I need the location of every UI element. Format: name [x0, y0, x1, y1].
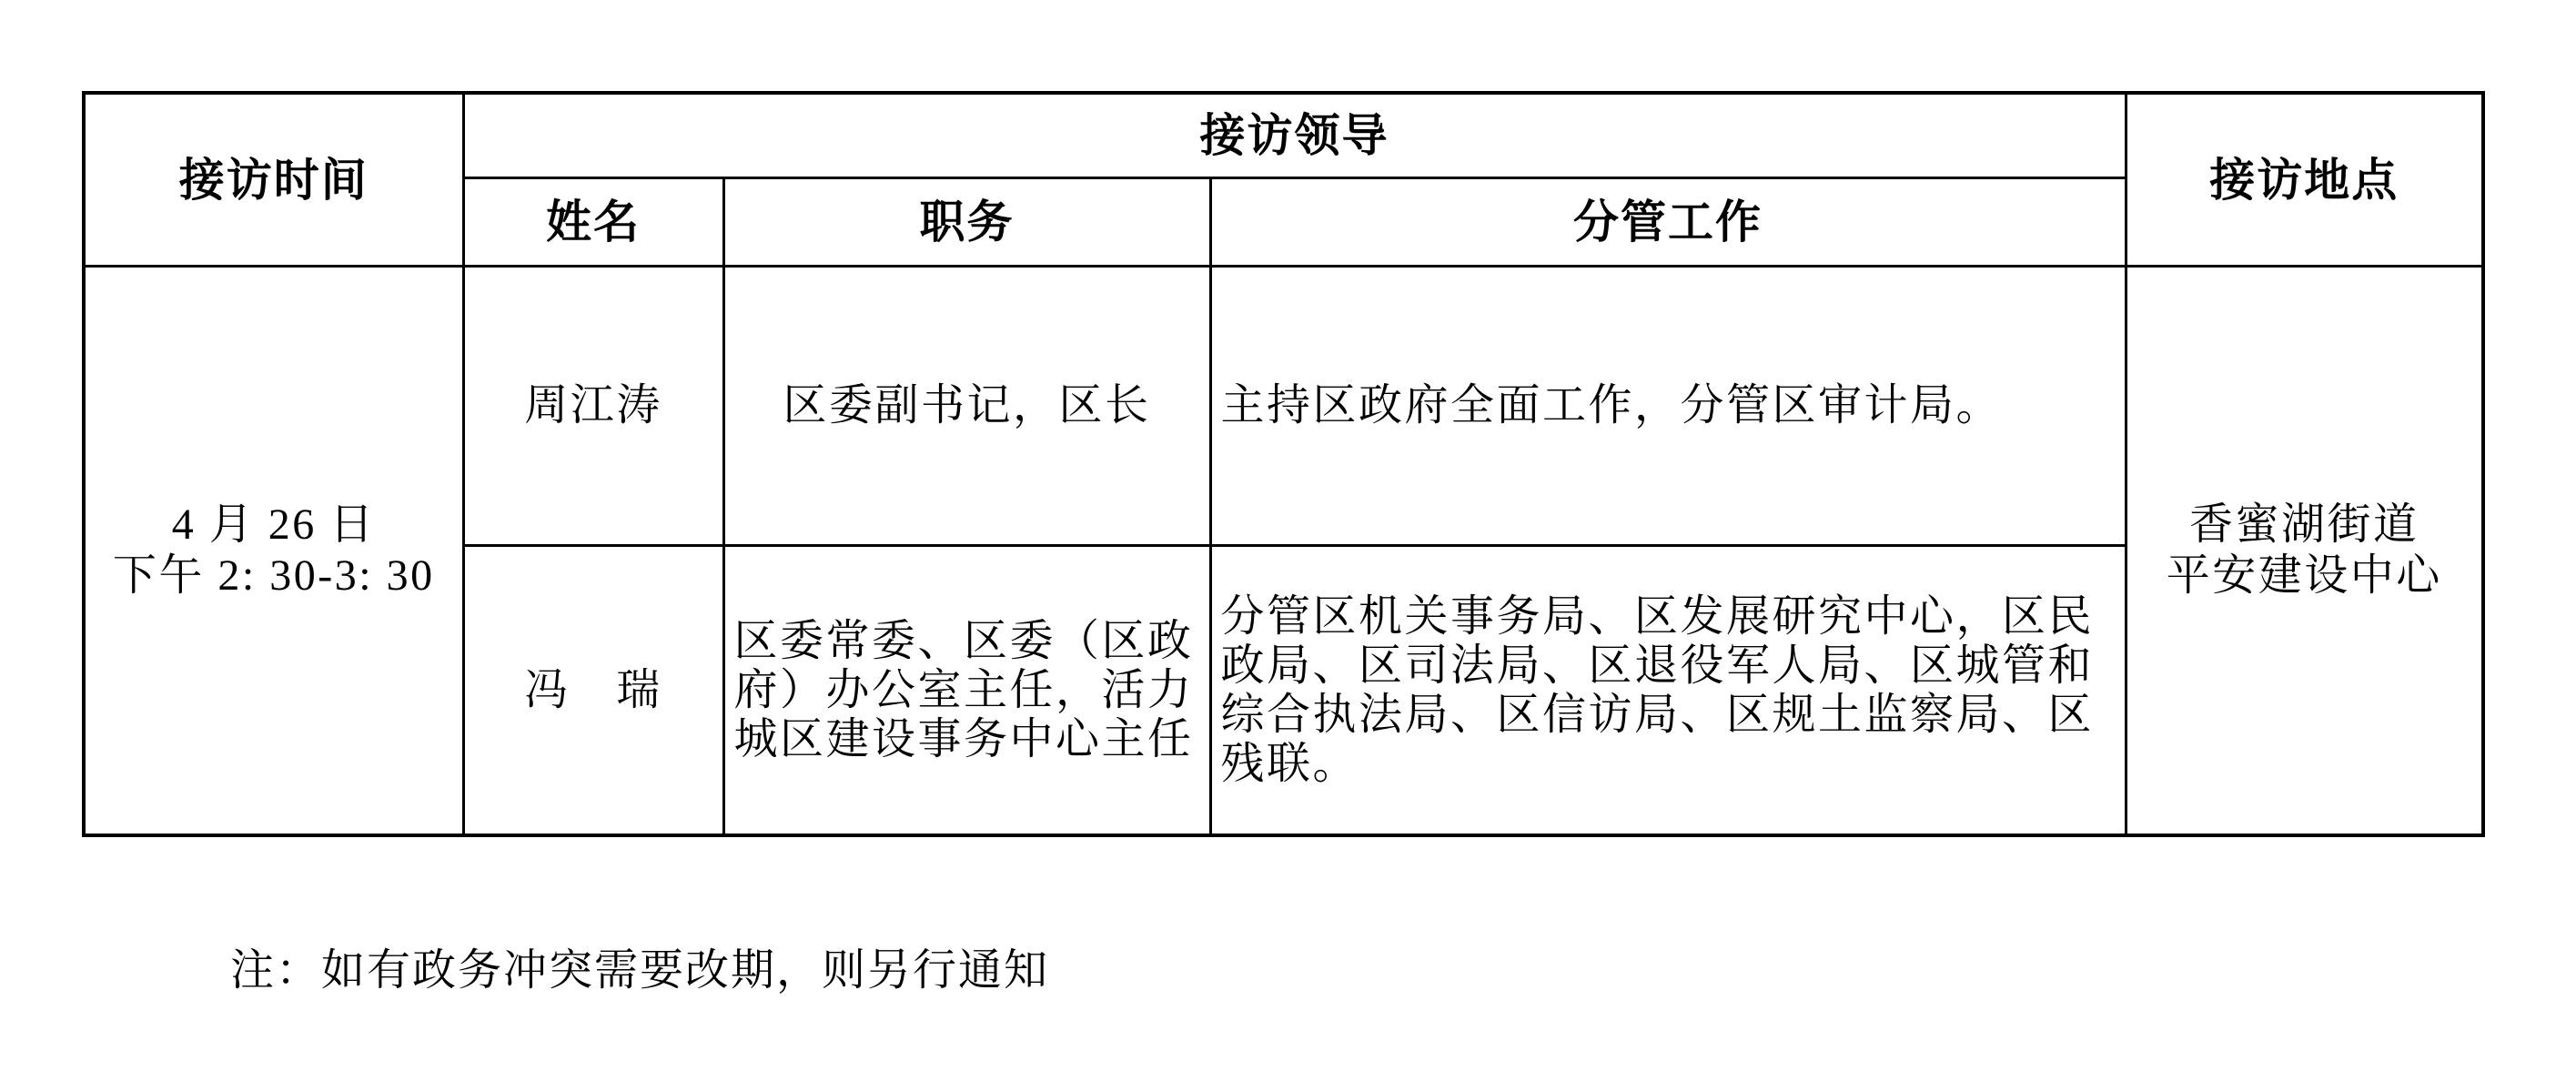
cell-reception-location: 香蜜湖街道 平安建设中心 — [2126, 267, 2483, 836]
header-name: 姓名 — [463, 178, 723, 267]
cell-leader2-duties: 分管区机关事务局、区发展研究中心，区民政局、区司法局、区退役军人局、区城管和综合… — [1210, 546, 2126, 836]
document-page: { "colors": { "ink": "#000000", "backgro… — [0, 0, 2576, 1071]
location-line2: 平安建设中心 — [2128, 551, 2481, 601]
cell-leader1-name: 周江涛 — [463, 267, 723, 546]
cell-leader2-name: 冯 瑞 — [463, 546, 723, 836]
reception-schedule-table: 接访时间 接访领导 接访地点 姓名 职务 分管工作 4 月 26 日 下午 2:… — [82, 91, 2485, 837]
header-reception-location: 接访地点 — [2126, 93, 2483, 267]
cell-reception-time: 4 月 26 日 下午 2: 30-3: 30 — [84, 267, 463, 836]
cell-leader2-position: 区委常委、区委（区政府）办公室主任，活力城区建设事务中心主任 — [723, 546, 1210, 836]
cell-leader1-position: 区委副书记，区长 — [723, 267, 1210, 546]
header-position: 职务 — [723, 178, 1210, 267]
header-reception-leaders: 接访领导 — [463, 93, 2126, 178]
header-row-1: 接访时间 接访领导 接访地点 — [84, 93, 2483, 178]
cell-leader1-duties: 主持区政府全面工作，分管区审计局。 — [1210, 267, 2126, 546]
header-reception-time: 接访时间 — [84, 93, 463, 267]
reception-date: 4 月 26 日 — [86, 500, 461, 551]
reception-hours: 下午 2: 30-3: 30 — [86, 551, 461, 601]
footnote: 注：如有政务冲突需要改期，则另行通知 — [230, 946, 1049, 995]
location-line1: 香蜜湖街道 — [2128, 500, 2481, 551]
header-duties: 分管工作 — [1210, 178, 2126, 267]
table-row: 4 月 26 日 下午 2: 30-3: 30 周江涛 区委副书记，区长 主持区… — [84, 267, 2483, 546]
